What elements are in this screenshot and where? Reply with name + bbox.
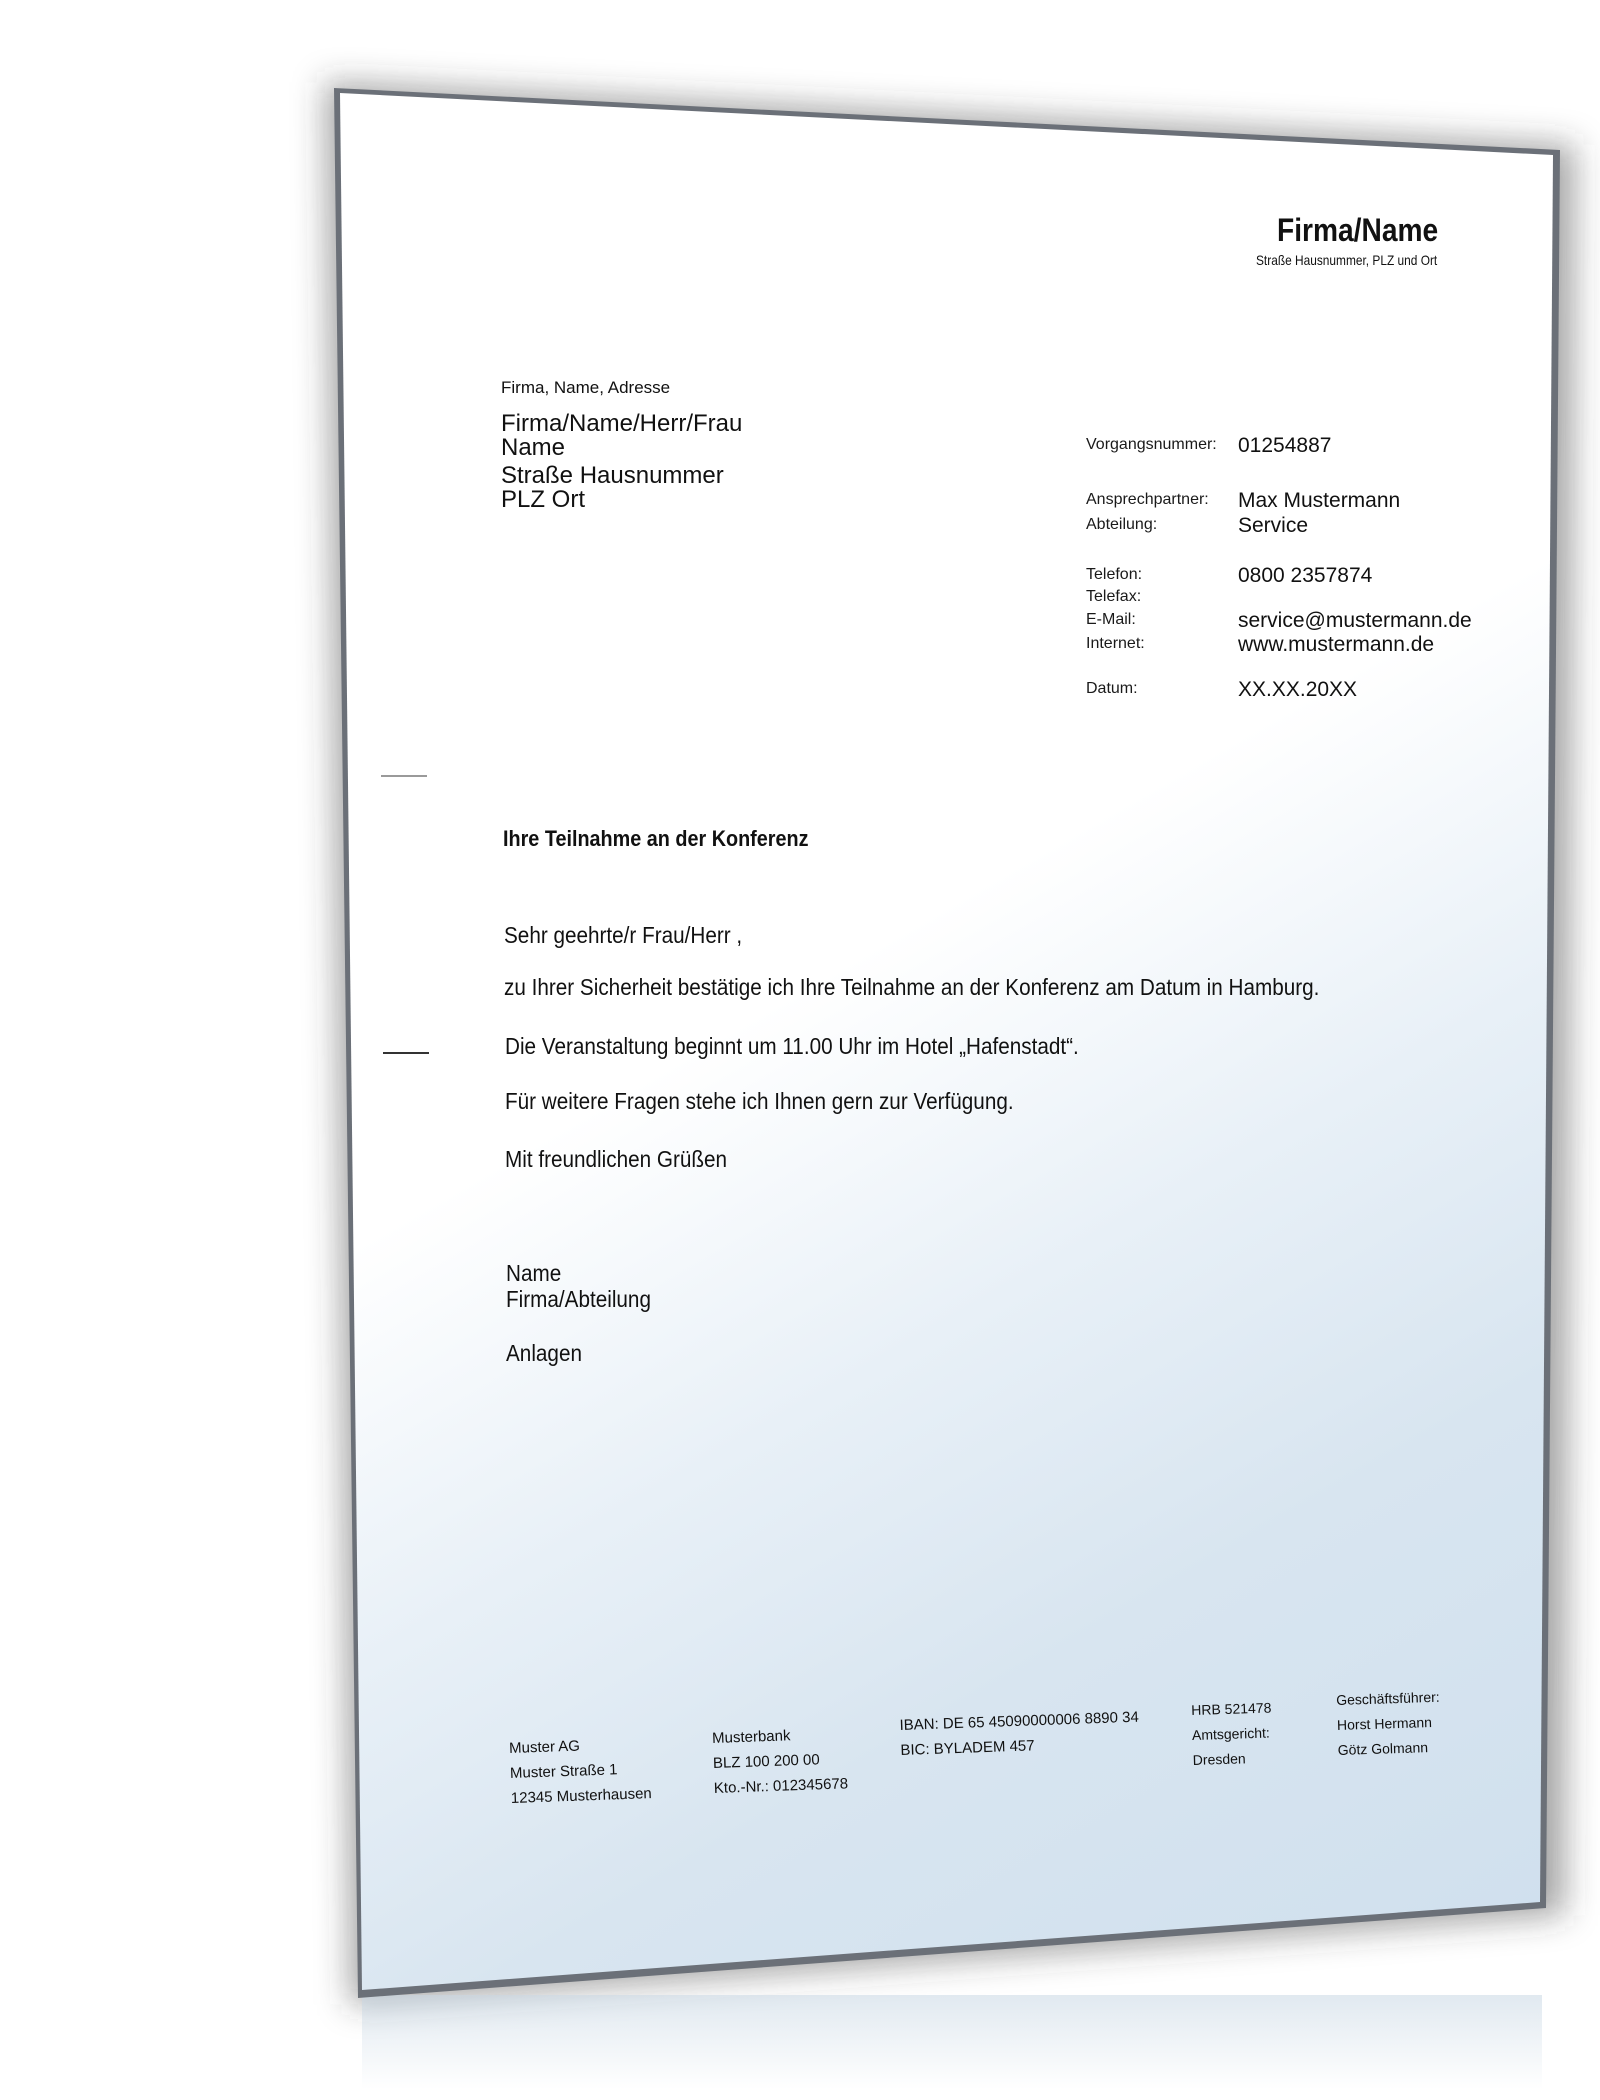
footer-line: HRB 521478: [1191, 1696, 1272, 1724]
recipient-address: Firma/Name/Herr/Frau Name Straße Hausnum…: [501, 412, 742, 512]
paragraph: Für weitere Fragen stehe ich Ihnen gern …: [505, 1088, 1014, 1115]
info-value: 0800 2357874: [1238, 564, 1372, 588]
footer-line: Amtsgericht:: [1192, 1720, 1273, 1748]
recipient-line: Firma/Name/Herr/Frau: [501, 412, 742, 436]
footer-line: 12345 Musterhausen: [510, 1781, 652, 1811]
recipient-line: PLZ Ort: [501, 488, 742, 512]
salutation: Sehr geehrte/r Frau/Herr ,: [504, 922, 742, 949]
info-label: Internet:: [1086, 635, 1145, 653]
footer-bank: Musterbank BLZ 100 200 00 Kto.-Nr.: 0123…: [712, 1721, 849, 1801]
info-value: www.mustermann.de: [1238, 633, 1434, 657]
footer-line: Götz Golmann: [1337, 1735, 1441, 1763]
info-label: Abteilung:: [1086, 516, 1157, 534]
paragraph: Die Veranstaltung beginnt um 11.00 Uhr i…: [505, 1033, 1079, 1060]
info-value: 01254887: [1238, 434, 1331, 458]
info-value: Max Mustermann: [1238, 489, 1400, 513]
footer-register: HRB 521478 Amtsgericht: Dresden: [1191, 1696, 1273, 1773]
letter-subject: Ihre Teilnahme an der Konferenz: [503, 826, 809, 852]
footer-line: Geschäftsführer:: [1336, 1685, 1440, 1713]
footer-management: Geschäftsführer: Horst Hermann Götz Golm…: [1336, 1685, 1442, 1763]
letter-content: Firma/Name Straße Hausnummer, PLZ und Or…: [0, 0, 1600, 2100]
letterhead-address: Straße Hausnummer, PLZ und Ort: [1256, 252, 1437, 268]
fold-mark: [381, 775, 427, 777]
info-label: Ansprechpartner:: [1086, 491, 1209, 509]
info-value: XX.XX.20XX: [1238, 678, 1357, 702]
footer-line: Horst Hermann: [1337, 1710, 1441, 1738]
paragraph: zu Ihrer Sicherheit bestätige ich Ihre T…: [504, 974, 1319, 1001]
footer-line: Dresden: [1192, 1745, 1273, 1773]
info-label: E-Mail:: [1086, 611, 1136, 629]
footer-iban: IBAN: DE 65 45090000006 8890 34 BIC: BYL…: [899, 1705, 1140, 1763]
info-value: Service: [1238, 514, 1308, 538]
info-label: Vorgangsnummer:: [1086, 436, 1217, 454]
return-address-line: Firma, Name, Adresse: [501, 378, 670, 398]
attachments: Anlagen: [506, 1340, 582, 1367]
signature-name: Name: [506, 1260, 561, 1287]
signature-department: Firma/Abteilung: [506, 1286, 651, 1313]
info-label: Telefax:: [1086, 588, 1141, 606]
footer-company: Muster AG Muster Straße 1 12345 Musterha…: [509, 1731, 652, 1811]
recipient-line: Straße Hausnummer: [501, 464, 742, 488]
fold-mark: [383, 1052, 429, 1054]
recipient-line: Name: [501, 436, 742, 460]
closing: Mit freundlichen Grüßen: [505, 1146, 727, 1173]
footer-line: Kto.-Nr.: 012345678: [713, 1771, 848, 1801]
letterhead-company: Firma/Name: [1277, 212, 1438, 249]
info-label: Datum:: [1086, 680, 1138, 698]
info-label: Telefon:: [1086, 566, 1142, 584]
info-value: service@mustermann.de: [1238, 609, 1472, 633]
